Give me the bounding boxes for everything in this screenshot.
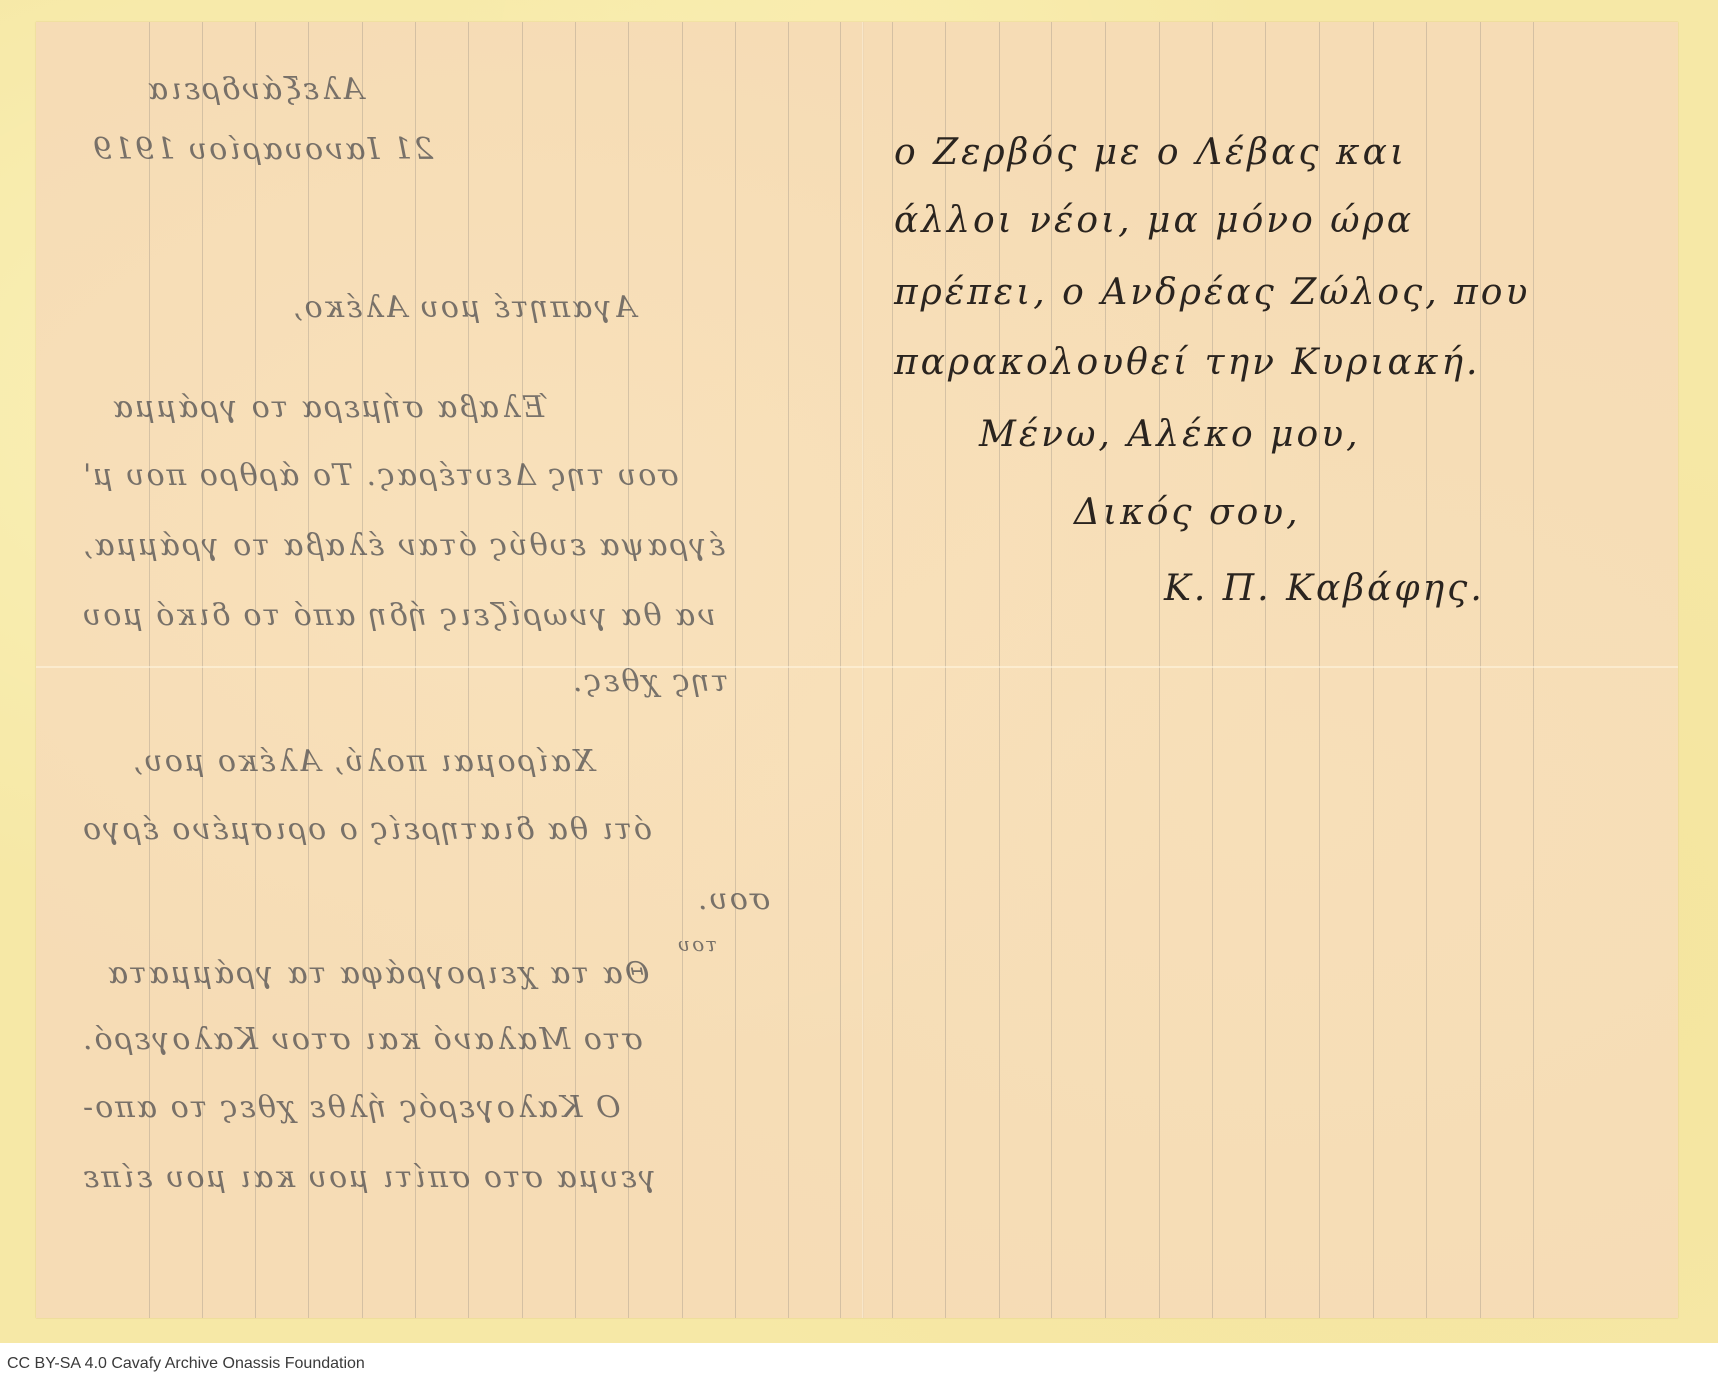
closing-line: Δικός σου,: [1074, 492, 1301, 533]
license-caption: CC BY-SA 4.0 Cavafy Archive Onassis Foun…: [7, 1355, 365, 1373]
letter-paper: Αλεξάνδρεια 21 Ιανουαρίου 1919 Αγαπητέ μ…: [36, 22, 1678, 1318]
signature: Κ. Π. Καβάφης.: [1164, 568, 1485, 609]
body-line: παρακολουθεί την Κυριακή.: [894, 342, 1480, 383]
body-line: άλλοι νέοι, μα μόνο ώρα: [894, 200, 1414, 241]
margin-note: του: [676, 932, 717, 956]
salutation-line: Αγαπητέ μου Αλέκο,: [291, 290, 636, 325]
body-line: σου της Δευτέρας. Το άρθρο που μ': [81, 458, 679, 493]
body-line: Χαίρομαι πολύ, Αλέκο μου,: [131, 744, 595, 779]
left-page: Αλεξάνδρεια 21 Ιανουαρίου 1919 Αγαπητέ μ…: [36, 22, 862, 1318]
body-line: γευμα στο σπίτι μου και μου είπε: [81, 1160, 657, 1195]
right-page: ο Ζερβός με ο Λέβας και άλλοι νέοι, μα μ…: [864, 22, 1678, 1318]
body-line: της χθες.: [571, 664, 729, 699]
body-line: να θα γνωρίζεις ήδη από το δικό μου: [81, 598, 716, 633]
body-line: πρέπει, ο Ανδρέας Ζώλος, που: [894, 272, 1530, 313]
body-line: ότι θα διατηρείς ο ορισμένο έργο: [81, 812, 652, 847]
body-line: Έλαβα σήμερα το γράμμα: [111, 390, 549, 425]
body-line: Ο Καλογερός ήλθε χθες το απο-: [81, 1090, 621, 1125]
body-line: σου.: [696, 882, 770, 917]
place-line: Αλεξάνδρεια: [146, 72, 364, 107]
body-line: ο Ζερβός με ο Λέβας και: [894, 132, 1407, 173]
body-line: έγραψα ευθύς όταν έλαβα το γράμμα,: [81, 528, 725, 563]
closing-line: Μένω, Αλέκο μου,: [979, 414, 1361, 455]
date-line: 21 Ιανουαρίου 1919: [91, 132, 433, 167]
body-line: στο Μαλανό και στον Καλογερό.: [81, 1022, 643, 1057]
body-line: Θα τα χειρογράφα τα γράμματα: [106, 956, 649, 991]
